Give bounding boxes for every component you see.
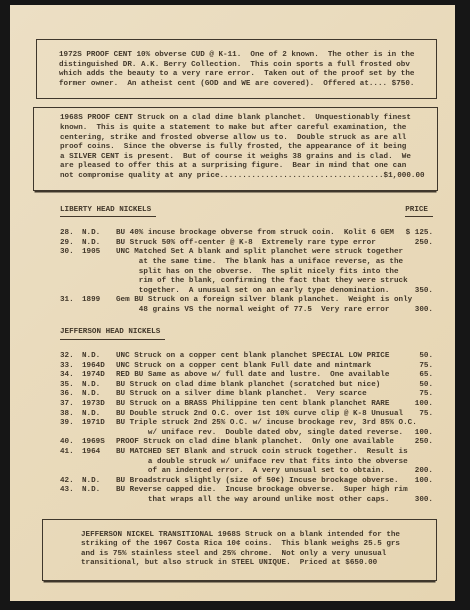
catalog-item-row: 41. 1964 BU MATCHED SET Blank and struck… <box>60 448 433 477</box>
item-number: 33. <box>60 362 82 372</box>
listing-text-1972s: 1972S PROOF CENT 10% obverse CUD @ K-11.… <box>59 51 428 89</box>
item-date: N.D. <box>82 410 116 420</box>
item-number: 39. <box>60 419 82 429</box>
item-description: BU Double struck 2nd O.C. over 1st 10% c… <box>116 410 433 420</box>
catalog-item-row: 33. 1964D UNC Struck on a copper cent bl… <box>60 362 433 372</box>
section-liberty-head-nickels: LIBERTY HEAD NICKELS PRICE 28. N.D. BU 4… <box>10 206 455 316</box>
catalog-item-row: 32. N.D. UNC Struck on a copper cent bla… <box>60 352 433 362</box>
item-price: 65. <box>419 371 433 381</box>
item-price: 350. <box>415 287 433 297</box>
item-description: BU 40% incuse brockage obverse from stru… <box>116 229 433 239</box>
section-title: LIBERTY HEAD NICKELS <box>60 206 156 218</box>
catalog-item-row: 39. 1971D BU Triple struck 2nd 25% O.C. … <box>60 419 433 438</box>
item-number: 35. <box>60 381 82 391</box>
item-date: N.D. <box>82 229 116 239</box>
item-price: 50. <box>419 352 433 362</box>
item-date: 1973D <box>82 400 116 410</box>
catalog-item-row: 28. N.D. BU 40% incuse brockage obverse … <box>60 229 433 239</box>
item-price: 300. <box>415 496 433 506</box>
boxed-listing-1968s-proof-cent: 1968S PROOF CENT Struck on a clad dime b… <box>33 107 438 190</box>
item-list: 32. N.D. UNC Struck on a copper cent bla… <box>60 352 433 506</box>
item-price: 250. <box>415 239 433 249</box>
item-date: 1905 <box>82 248 116 258</box>
item-date: N.D. <box>82 390 116 400</box>
item-date: N.D. <box>82 477 116 487</box>
section-title: JEFFERSON HEAD NICKELS <box>60 328 165 340</box>
catalog-item-row: 35. N.D. BU Struck on clad dime blank pl… <box>60 381 433 391</box>
item-date: N.D. <box>82 381 116 391</box>
item-date: N.D. <box>82 486 116 496</box>
item-date: 1971D <box>82 419 116 429</box>
item-list: 28. N.D. BU 40% incuse brockage obverse … <box>60 229 433 315</box>
scan-surround: 1972S PROOF CENT 10% obverse CUD @ K-11.… <box>0 0 470 610</box>
catalog-item-row: 31. 1899 Gem BU Struck on a foreign silv… <box>60 296 433 315</box>
item-price: 250. <box>415 438 433 448</box>
item-number: 43. <box>60 486 82 496</box>
item-description: BU MATCHED SET Blank and struck coin str… <box>116 448 433 477</box>
boxed-listing-jefferson-transitional: JEFFERSON NICKEL TRANSITIONAL 1968S Stru… <box>42 519 437 581</box>
document-page: 1972S PROOF CENT 10% obverse CUD @ K-11.… <box>10 5 455 601</box>
item-description: BU Reverse capped die. Incuse brockage o… <box>116 486 433 505</box>
item-date: 1899 <box>82 296 116 306</box>
listing-text-transitional: JEFFERSON NICKEL TRANSITIONAL 1968S Stru… <box>81 531 428 569</box>
item-number: 34. <box>60 371 82 381</box>
item-description: BU Broadstruck slightly (size of 50¢) In… <box>116 477 433 487</box>
catalog-item-row: 40. 1969S PROOF Struck on clad dime blan… <box>60 438 433 448</box>
item-description: RED BU Same as above w/ full date and lu… <box>116 371 433 381</box>
catalog-item-row: 43. N.D. BU Reverse capped die. Incuse b… <box>60 486 433 505</box>
section-jefferson-head-nickels: JEFFERSON HEAD NICKELS 32. N.D. UNC Stru… <box>10 328 455 505</box>
item-number: 42. <box>60 477 82 487</box>
catalog-item-row: 36. N.D. BU Struck on a silver dime blan… <box>60 390 433 400</box>
catalog-item-row: 37. 1973D BU Struck on a BRASS Philippin… <box>60 400 433 410</box>
item-number: 36. <box>60 390 82 400</box>
boxed-listing-1972s-proof-cent: 1972S PROOF CENT 10% obverse CUD @ K-11.… <box>36 39 437 99</box>
item-date: 1964D <box>82 362 116 372</box>
item-date: N.D. <box>82 352 116 362</box>
item-price: 75. <box>419 390 433 400</box>
item-price: 300. <box>415 306 433 316</box>
section-header-row: JEFFERSON HEAD NICKELS <box>60 328 433 340</box>
item-date: N.D. <box>82 239 116 249</box>
item-date: 1974D <box>82 371 116 381</box>
item-price: 50. <box>419 381 433 391</box>
item-number: 40. <box>60 438 82 448</box>
item-price: 100. <box>415 400 433 410</box>
item-price: $ 125. <box>406 229 433 239</box>
item-description: UNC Struck on a copper cent blank planch… <box>116 352 433 362</box>
listing-text-1968s: 1968S PROOF CENT Struck on a clad dime b… <box>60 114 429 181</box>
item-number: 37. <box>60 400 82 410</box>
item-number: 31. <box>60 296 82 306</box>
section-header-row: LIBERTY HEAD NICKELS PRICE <box>60 206 433 218</box>
item-description: PROOF Struck on clad dime blank planchet… <box>116 438 433 448</box>
item-date: 1964 <box>82 448 116 458</box>
item-number: 41. <box>60 448 82 458</box>
item-price: 200. <box>415 467 433 477</box>
item-price: 75. <box>419 362 433 372</box>
item-price: 100. <box>415 477 433 487</box>
item-description: Gem BU Struck on a foreign silver blank … <box>116 296 433 315</box>
catalog-item-row: 34. 1974D RED BU Same as above w/ full d… <box>60 371 433 381</box>
item-description: BU Struck on clad dime blank planchet (s… <box>116 381 433 391</box>
item-description: UNC Matched Set A blank and split planch… <box>116 248 433 296</box>
price-column-header: PRICE <box>405 206 433 218</box>
item-description: BU Struck on a BRASS Philippine ten cent… <box>116 400 433 410</box>
item-number: 28. <box>60 229 82 239</box>
catalog-item-row: 29. N.D. BU Struck 50% off-center @ K-8 … <box>60 239 433 249</box>
item-number: 30. <box>60 248 82 258</box>
item-description: BU Struck 50% off-center @ K-8 Extremely… <box>116 239 433 249</box>
item-number: 32. <box>60 352 82 362</box>
item-price: 100. <box>415 429 433 439</box>
item-number: 38. <box>60 410 82 420</box>
catalog-item-row: 42. N.D. BU Broadstruck slightly (size o… <box>60 477 433 487</box>
item-description: UNC Struck on a copper cent blank Full d… <box>116 362 433 372</box>
item-description: BU Struck on a silver dime blank planche… <box>116 390 433 400</box>
item-number: 29. <box>60 239 82 249</box>
item-price: 75. <box>419 410 433 420</box>
catalog-item-row: 30. 1905 UNC Matched Set A blank and spl… <box>60 248 433 296</box>
item-description: BU Triple struck 2nd 25% O.C. w/ incuse … <box>116 419 433 438</box>
catalog-item-row: 38. N.D. BU Double struck 2nd O.C. over … <box>60 410 433 420</box>
item-date: 1969S <box>82 438 116 448</box>
